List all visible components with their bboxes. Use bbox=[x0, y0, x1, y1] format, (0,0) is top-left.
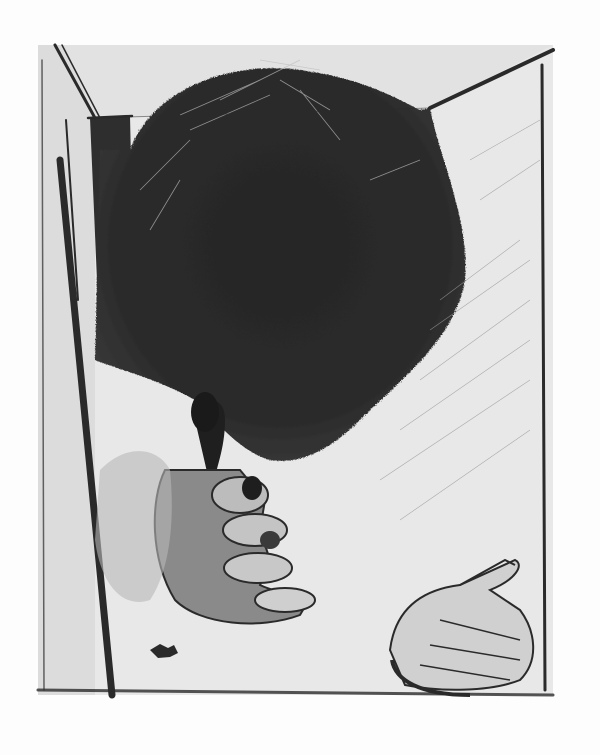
artwork-print bbox=[0, 0, 600, 755]
